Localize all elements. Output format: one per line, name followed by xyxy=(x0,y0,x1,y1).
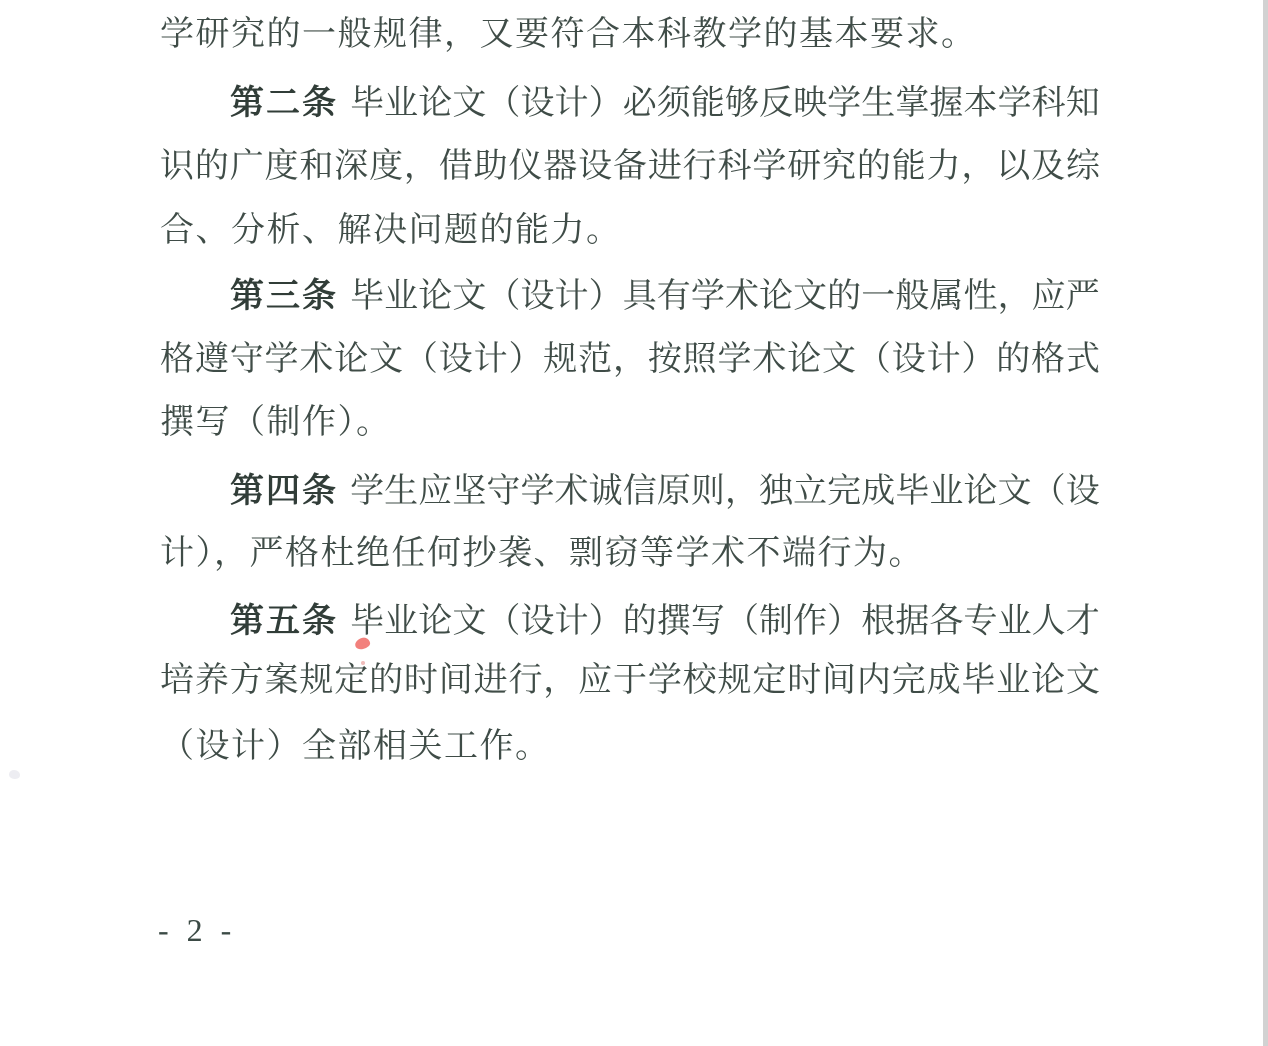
text-line: 格遵守学术论文（设计）规范，按照学术论文（设计）的格式 xyxy=(160,335,1100,385)
page-right-edge xyxy=(1263,0,1268,1046)
char: 严 xyxy=(1066,272,1100,322)
text-line: 第五条毕业论文（设计）的撰写（制作）根据各专业人才 xyxy=(160,596,1100,646)
char: 度 xyxy=(265,142,299,192)
char: （ xyxy=(486,272,520,322)
char: 业 xyxy=(996,656,1030,706)
char: ， xyxy=(543,656,577,706)
char: 进 xyxy=(474,656,508,706)
char: 文 xyxy=(369,335,403,385)
char: 般 xyxy=(895,272,929,322)
char: 科 xyxy=(718,142,752,192)
text-line: 撰写（制作）。 xyxy=(160,398,1100,448)
char: 借 xyxy=(439,142,473,192)
char: 知 xyxy=(1066,79,1100,129)
char: 的 xyxy=(857,142,891,192)
char: 范 xyxy=(578,335,612,385)
char: 论 xyxy=(787,335,821,385)
char: 文 xyxy=(998,467,1032,517)
char: 识 xyxy=(160,142,194,192)
char: 力 xyxy=(927,142,961,192)
char: 培 xyxy=(160,656,194,706)
char: 文 xyxy=(452,597,486,647)
char: ） xyxy=(827,597,861,647)
char: 科 xyxy=(1032,79,1066,129)
char: 学 xyxy=(691,272,725,322)
char: 及 xyxy=(1031,142,1065,192)
char: 信 xyxy=(623,467,657,517)
char: 应 xyxy=(1032,272,1066,322)
char: 以 xyxy=(996,142,1030,192)
char: 计 xyxy=(927,335,961,385)
article-heading: 第二条 xyxy=(230,78,338,128)
page-number: - 2 - xyxy=(158,912,236,949)
char: 的 xyxy=(827,272,861,322)
char: 深 xyxy=(334,142,368,192)
char: 应 xyxy=(418,467,452,517)
char: （ xyxy=(404,335,438,385)
line-text: 计），严格杜绝任何抄袭、剽窃等学术不端行为。 xyxy=(160,535,924,572)
char: 映 xyxy=(793,79,827,129)
text-line: 第二条毕业论文（设计）必须能够反映学生掌握本学科知 xyxy=(160,78,1100,128)
char: 诚 xyxy=(589,467,623,517)
char: 格 xyxy=(160,335,194,385)
article-heading: 第三条 xyxy=(230,271,338,321)
char: 设 xyxy=(520,79,554,129)
char: 文 xyxy=(452,79,486,129)
char: 本 xyxy=(963,79,997,129)
char: （ xyxy=(1032,467,1066,517)
text-line: （设计）全部相关工作。 xyxy=(160,722,1100,772)
text-line: 学研究的一般规律，又要符合本科教学的基本要求。 xyxy=(160,10,1100,60)
char: 方 xyxy=(230,656,264,706)
char: 内 xyxy=(857,656,891,706)
char: 遵 xyxy=(195,335,229,385)
article-heading: 第四条 xyxy=(230,466,338,516)
char: 综 xyxy=(1066,142,1100,192)
char: 反 xyxy=(759,79,793,129)
char: 间 xyxy=(822,656,856,706)
char: 按 xyxy=(648,335,682,385)
char: 生 xyxy=(384,467,418,517)
scan-smudge xyxy=(9,770,20,779)
char: 须 xyxy=(657,79,691,129)
char: 掌 xyxy=(895,79,929,129)
char: 设 xyxy=(520,597,554,647)
char: 学 xyxy=(827,79,861,129)
char: 作 xyxy=(793,597,827,647)
char: 照 xyxy=(683,335,717,385)
char: 定 xyxy=(752,656,786,706)
scanned-document-page: 学研究的一般规律，又要符合本科教学的基本要求。第二条毕业论文（设计）必须能够反映… xyxy=(0,0,1268,1046)
char: 学 xyxy=(520,467,554,517)
char: （ xyxy=(725,597,759,647)
article-heading: 第五条 xyxy=(230,596,338,646)
char: 能 xyxy=(691,79,725,129)
char: 格 xyxy=(1031,335,1065,385)
char: 立 xyxy=(793,467,827,517)
char: ） xyxy=(961,335,995,385)
char: 制 xyxy=(759,597,793,647)
char: ， xyxy=(725,467,759,517)
text-line: 计），严格杜绝任何抄袭、剽窃等学术不端行为。 xyxy=(160,529,1100,579)
char: 助 xyxy=(474,142,508,192)
char: 规 xyxy=(718,656,752,706)
char: 术 xyxy=(299,335,333,385)
text-line: 合、分析、解决问题的能力。 xyxy=(160,206,1100,256)
char: 完 xyxy=(827,467,861,517)
char: 备 xyxy=(613,142,647,192)
text-line: 第三条毕业论文（设计）具有学术论文的一般属性，应严 xyxy=(160,271,1100,321)
char: 原 xyxy=(657,467,691,517)
char: 成 xyxy=(927,656,961,706)
char: 够 xyxy=(725,79,759,129)
char: 必 xyxy=(623,79,657,129)
char: 于 xyxy=(613,656,647,706)
char: 握 xyxy=(929,79,963,129)
char: 的 xyxy=(623,597,657,647)
char: 论 xyxy=(418,272,452,322)
char: （ xyxy=(857,335,891,385)
char: 守 xyxy=(230,335,264,385)
char: 设 xyxy=(1066,467,1100,517)
char: 写 xyxy=(691,597,725,647)
char: 完 xyxy=(892,656,926,706)
char: 时 xyxy=(404,656,438,706)
char: ） xyxy=(508,335,542,385)
line-text: （设计）全部相关工作。 xyxy=(160,728,551,765)
char: ） xyxy=(589,272,623,322)
char: 论 xyxy=(418,597,452,647)
char: 计 xyxy=(474,335,508,385)
char: 学 xyxy=(350,467,384,517)
char: 人 xyxy=(1032,597,1066,647)
char: 规 xyxy=(299,656,333,706)
char: 计 xyxy=(555,79,589,129)
char: 进 xyxy=(648,142,682,192)
text-line: 第四条学生应坚守学术诚信原则，独立完成毕业论文（设 xyxy=(160,466,1100,516)
char: 业 xyxy=(384,79,418,129)
char: 文 xyxy=(822,335,856,385)
char: 时 xyxy=(787,656,821,706)
char: 属 xyxy=(929,272,963,322)
char: 论 xyxy=(1031,656,1065,706)
char: ， xyxy=(961,142,995,192)
char: 业 xyxy=(384,272,418,322)
char: 间 xyxy=(439,656,473,706)
char: 学 xyxy=(648,656,682,706)
char: 性 xyxy=(963,272,997,322)
char: 养 xyxy=(195,656,229,706)
char: 研 xyxy=(787,142,821,192)
char: 专 xyxy=(963,597,997,647)
char: 生 xyxy=(861,79,895,129)
char: 文 xyxy=(452,272,486,322)
char: 术 xyxy=(555,467,589,517)
char: 设 xyxy=(520,272,554,322)
char: 具 xyxy=(623,272,657,322)
char: 仪 xyxy=(508,142,542,192)
char: 坚 xyxy=(452,467,486,517)
char: 案 xyxy=(265,656,299,706)
char: 究 xyxy=(822,142,856,192)
char: 毕 xyxy=(350,79,384,129)
char: 应 xyxy=(578,656,612,706)
char: 学 xyxy=(265,335,299,385)
line-text: 学研究的一般规律，又要符合本科教学的基本要求。 xyxy=(160,16,977,53)
char: 业 xyxy=(998,597,1032,647)
char: 度 xyxy=(369,142,403,192)
char: 器 xyxy=(543,142,577,192)
char: 设 xyxy=(578,142,612,192)
char: 成 xyxy=(861,467,895,517)
char: 文 xyxy=(793,272,827,322)
char: 广 xyxy=(230,142,264,192)
char: 守 xyxy=(486,467,520,517)
char: 学 xyxy=(718,335,752,385)
char: 才 xyxy=(1066,597,1100,647)
char: 各 xyxy=(929,597,963,647)
char: ， xyxy=(613,335,647,385)
char: 行 xyxy=(508,656,542,706)
text-line: 培养方案规定的时间进行，应于学校规定时间内完成毕业论文 xyxy=(160,656,1100,706)
char: ， xyxy=(998,272,1032,322)
char: 设 xyxy=(892,335,926,385)
char: 毕 xyxy=(350,272,384,322)
char: 毕 xyxy=(895,467,929,517)
text-line: 识的广度和深度，借助仪器设备进行科学研究的能力，以及综 xyxy=(160,142,1100,192)
line-text: 撰写（制作）。 xyxy=(160,404,392,441)
char: 学 xyxy=(998,79,1032,129)
char: 据 xyxy=(895,597,929,647)
char: 术 xyxy=(725,272,759,322)
char: 能 xyxy=(892,142,926,192)
char: 业 xyxy=(929,467,963,517)
line-text: 合、分析、解决问题的能力。 xyxy=(160,212,622,249)
char: ） xyxy=(589,597,623,647)
char: 行 xyxy=(683,142,717,192)
char: 术 xyxy=(752,335,786,385)
char: 一 xyxy=(861,272,895,322)
char: 则 xyxy=(691,467,725,517)
char: 独 xyxy=(759,467,793,517)
char: 计 xyxy=(555,272,589,322)
char: 业 xyxy=(384,597,418,647)
char: 的 xyxy=(996,335,1030,385)
char: 的 xyxy=(369,656,403,706)
char: 有 xyxy=(657,272,691,322)
char: 校 xyxy=(683,656,717,706)
char: 论 xyxy=(418,79,452,129)
char: 根 xyxy=(861,597,895,647)
char: 的 xyxy=(195,142,229,192)
char: ， xyxy=(404,142,438,192)
char: 毕 xyxy=(961,656,995,706)
red-ink-speck xyxy=(361,661,365,665)
char: 撰 xyxy=(657,597,691,647)
char: 设 xyxy=(439,335,473,385)
char: 计 xyxy=(555,597,589,647)
char: 文 xyxy=(1066,656,1100,706)
char: 学 xyxy=(752,142,786,192)
char: 论 xyxy=(963,467,997,517)
char: ） xyxy=(589,79,623,129)
char: （ xyxy=(486,597,520,647)
char: （ xyxy=(486,79,520,129)
char: 和 xyxy=(299,142,333,192)
char: 论 xyxy=(334,335,368,385)
char: 规 xyxy=(543,335,577,385)
char: 论 xyxy=(759,272,793,322)
char: 式 xyxy=(1066,335,1100,385)
